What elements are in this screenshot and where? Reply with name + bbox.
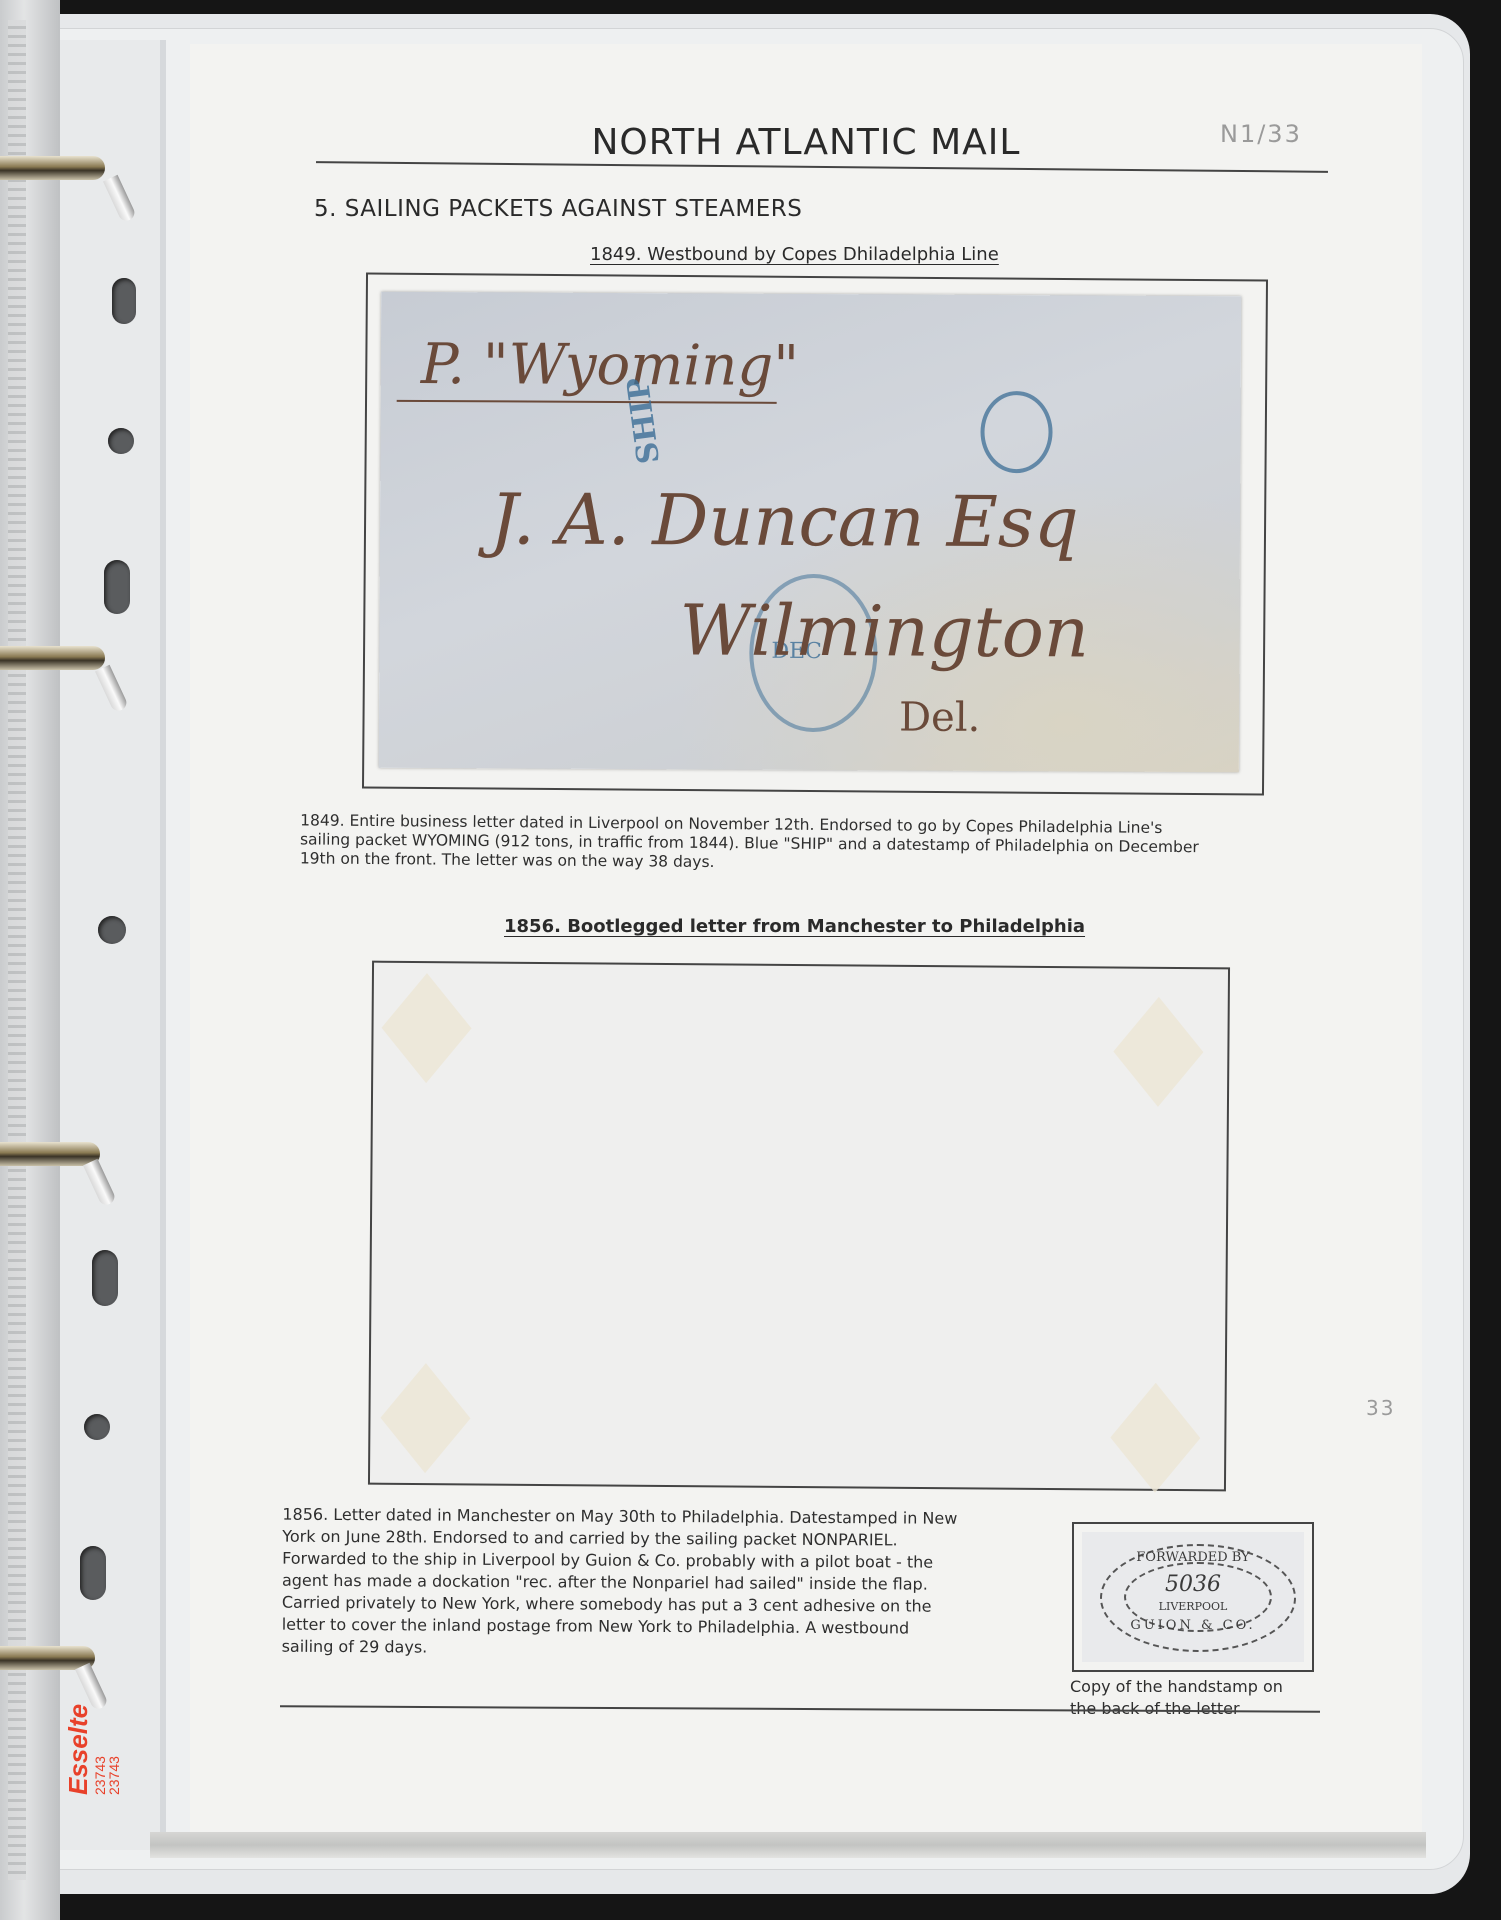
esselte-logo: Esselte 2374323743 [23, 1725, 163, 1795]
handstamp-top-text: FORWARDED BY [1082, 1550, 1304, 1565]
punch-hole [84, 1414, 110, 1440]
esselte-product-code: 2374323743 [93, 1756, 121, 1795]
punch-hole [98, 916, 126, 944]
handstamp-caption: Copy of the handstamp on the back of the… [1070, 1676, 1320, 1720]
handstamp-number: 5036 [1082, 1572, 1304, 1597]
caption-line: sailing of 29 days. [282, 1636, 1042, 1663]
page-stack-edge [150, 1832, 1426, 1858]
punch-hole [92, 1250, 118, 1306]
section-heading: 5. SAILING PACKETS AGAINST STEAMERS [314, 196, 802, 222]
page-title: NORTH ATLANTIC MAIL [190, 122, 1422, 163]
punch-hole [112, 278, 136, 324]
exhibit-1-caption: 1849. Entire business letter dated in Li… [300, 811, 1360, 877]
binder-ring [0, 646, 105, 670]
handwritten-margin-number: 33 [1366, 1396, 1395, 1420]
addressee-name: J. A. Duncan Esq [490, 478, 1079, 563]
exhibit-1-cover: P. "Wyoming" SHIP DEC J. A. Duncan Esq W… [379, 292, 1241, 772]
addressee-state: Del. [899, 694, 980, 740]
album-page: N1/33 NORTH ATLANTIC MAIL 5. SAILING PAC… [190, 44, 1422, 1832]
spine-strip [8, 20, 26, 1880]
handstamp-image: FORWARDED BY 5036 LIVERPOOL GUION & CO. [1082, 1532, 1304, 1662]
cover-endorsement: P. "Wyoming" [421, 332, 799, 399]
endorsement-underline [397, 400, 777, 404]
exhibit-2-frame-empty [368, 961, 1230, 1492]
photo-corner-mount [1110, 1382, 1201, 1493]
exhibit-1-heading: 1849. Westbound by Copes Dhiladelphia Li… [590, 244, 999, 265]
photo-corner-mount [380, 1363, 471, 1474]
binder-ring [0, 156, 105, 180]
binder-spine [0, 0, 60, 1920]
addressee-city: Wilmington [679, 589, 1089, 673]
photo-corner-mount [381, 973, 472, 1084]
exhibit-2-caption: 1856. Letter dated in Manchester on May … [282, 1504, 1043, 1663]
punch-hole [108, 428, 134, 454]
punch-hole [104, 560, 130, 614]
binder-ring [0, 1142, 100, 1166]
punch-hole [80, 1546, 106, 1600]
product-code: 23743 [106, 1756, 122, 1795]
handstamp-bottom-text: GUION & CO. [1082, 1618, 1304, 1633]
handstamp-city: LIVERPOOL [1082, 1600, 1304, 1613]
photo-corner-mount [1113, 996, 1204, 1107]
handstamp-frame: FORWARDED BY 5036 LIVERPOOL GUION & CO. [1072, 1522, 1314, 1672]
blue-datestamp-top [980, 391, 1052, 473]
caption-line: Copy of the handstamp on [1070, 1676, 1320, 1698]
esselte-brand: Esselte [63, 1704, 94, 1795]
exhibit-2-heading: 1856. Bootlegged letter from Manchester … [504, 916, 1085, 937]
